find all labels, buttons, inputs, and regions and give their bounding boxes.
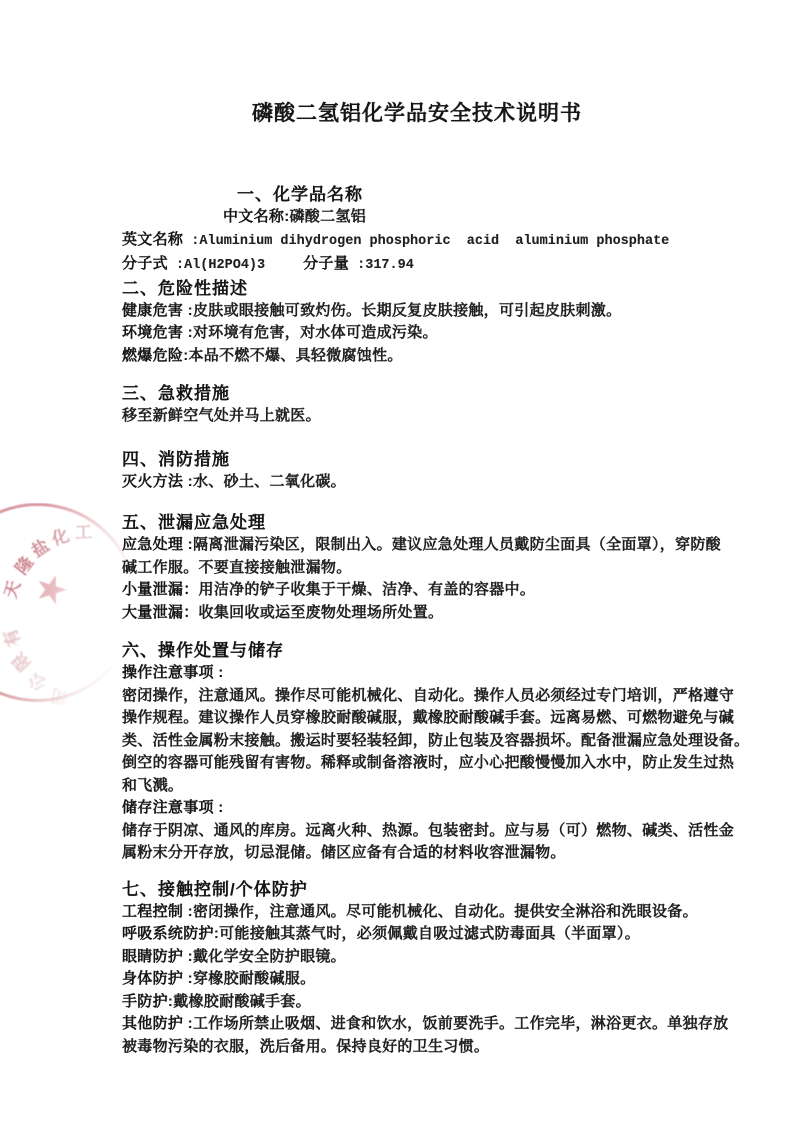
text-line: 操作规程。建议操作人员穿橡胶耐酸碱服，戴橡胶耐酸碱手套。远离易燃、可燃物避免与碱: [122, 707, 712, 730]
text-line: 眼睛防护 :戴化学安全防护眼镜。: [122, 946, 712, 969]
field-value: :Aluminium dihydrogen phosphoric acid al…: [183, 234, 669, 249]
field-label: 环境危害: [122, 324, 183, 341]
text-line: 移至新鲜空气处并马上就医。: [122, 405, 712, 428]
section-handling-storage: 六、操作处置与储存 操作注意事项 : 密闭操作，注意通风。操作尽可能机械化、自动…: [122, 640, 712, 865]
text-line: 倒空的容器可能残留有害物。稀释或制备溶液时，应小心把酸慢慢加入水中，防止发生过热: [122, 752, 712, 775]
section-exposure-control: 七、接触控制/个体防护 工程控制 :密闭操作，注意通风。尽可能机械化、自动化。提…: [122, 879, 712, 1059]
field-label: 身体防护: [122, 970, 183, 987]
text-line: 密闭操作，注意通风。操作尽可能机械化、自动化。操作人员必须经过专门培训，严格遵守: [122, 685, 712, 708]
text-line: 燃爆危险:本品不燃不爆、具轻微腐蚀性。: [122, 345, 712, 368]
seal-arc-char: 司: [50, 686, 70, 706]
section-heading: 一、化学品名称: [122, 184, 712, 206]
field-label: 小量泄漏：: [122, 581, 199, 598]
field-value: 密闭操作，注意通风。操作尽可能机械化、自动化。操作人员必须经过专门培训，严格遵守: [122, 687, 734, 704]
text-line: 环境危害 :对环境有危害，对水体可造成污染。: [122, 322, 712, 345]
section-heading: 五、泄漏应急处理: [122, 512, 712, 534]
section-chemical-name: 一、化学品名称 中文名称:磷酸二氢铝 英文名称 :Aluminium dihyd…: [122, 184, 712, 278]
seal-ring: [0, 503, 137, 702]
field-label: 灭火方法: [122, 473, 183, 490]
seal-arc-char: 限: [9, 649, 33, 673]
text-line: 灭火方法 :水、砂土、二氧化碳。: [122, 471, 712, 494]
text-line: 大量泄漏：收集回收或运至废物处理场所处置。: [122, 602, 712, 625]
field-value: :戴橡胶耐酸碱手套。: [168, 993, 311, 1010]
text-line: 类、活性金属粉末接触。搬运时要轻装轻卸，防止包装及容器损坏。配备泄漏应急处理设备…: [122, 730, 712, 753]
field-value: 碱工作服。不要直接接触泄漏物。: [122, 559, 352, 576]
section-hazard-description: 二、危险性描述 健康危害 :皮肤或眼接触可致灼伤。长期反复皮肤接触，可引起皮肤刺…: [122, 278, 712, 368]
seal-arc-char: 工: [75, 524, 93, 542]
text-line: 其他防护 :工作场所禁止吸烟、进食和饮水，饭前要洗手。工作完毕，淋浴更衣。单独存…: [122, 1013, 712, 1036]
section-heading: 七、接触控制/个体防护: [122, 879, 712, 901]
scanned-document-page: 磷酸二氢铝化学品安全技术说明书 一、化学品名称 中文名称:磷酸二氢铝 英文名称 …: [0, 0, 800, 1127]
seal-arc-char: 公: [26, 670, 49, 693]
field-label: 分子量: [303, 255, 349, 272]
field-value: :水、砂土、二氧化碳。: [183, 473, 346, 490]
field-label: 健康危害: [122, 302, 183, 319]
text-line: 储存于阴凉、通风的库房。远离火种、热源。包装密封。应与易（可）燃物、碱类、活性金: [122, 820, 712, 843]
section-heading: 六、操作处置与储存: [122, 640, 712, 662]
field-value: 操作规程。建议操作人员穿橡胶耐酸碱服，戴橡胶耐酸碱手套。远离易燃、可燃物避免与碱: [122, 709, 734, 726]
text-line: 分子式 :Al(H2PO4)3分子量 :317.94: [122, 253, 712, 278]
text-line: 应急处理 :隔离泄漏污染区，限制出入。建议应急处理人员戴防尘面具（全面罩），穿防…: [122, 534, 712, 557]
seal-arc-char: 盐: [29, 537, 53, 561]
field-label: 呼吸系统防护: [122, 925, 214, 942]
seal-star-icon: ★: [29, 567, 73, 614]
field-label: 应急处理: [122, 536, 183, 553]
text-line: 手防护:戴橡胶耐酸碱手套。: [122, 991, 712, 1014]
field-value: :317.94: [349, 258, 414, 273]
text-line: 操作注意事项 :: [122, 662, 712, 685]
field-label: 大量泄漏：: [122, 604, 199, 621]
text-line: 属粉末分开存放，切忌混储。储区应备有合适的材料收容泄漏物。: [122, 842, 712, 865]
field-value: :可能接触其蒸气时，必须佩戴自吸过滤式防毒面具（半面罩）。: [214, 925, 640, 942]
field-label: 其他防护: [122, 1015, 183, 1032]
field-label: 工程控制: [122, 903, 183, 920]
field-value: 用洁净的铲子收集于干燥、洁净、有盖的容器中。: [199, 581, 536, 598]
field-label: 储存注意事项 :: [122, 799, 224, 816]
field-value: :工作场所禁止吸烟、进食和饮水，饭前要洗手。工作完毕，淋浴更衣。单独存放: [183, 1015, 728, 1032]
text-line: 工程控制 :密闭操作，注意通风。尽可能机械化、自动化。提供安全淋浴和洗眼设备。: [122, 901, 712, 924]
page-title: 磷酸二氢铝化学品安全技术说明书: [122, 101, 712, 127]
field-label: 操作注意事项 :: [122, 664, 224, 681]
text-line: 身体防护 :穿橡胶耐酸碱服。: [122, 968, 712, 991]
field-value: 被毒物污染的衣服，洗后备用。保持良好的卫生习惯。: [122, 1038, 489, 1055]
field-label: 燃爆危险: [122, 347, 183, 364]
seal-arc-char: 天: [2, 579, 23, 600]
text-line: 中文名称:磷酸二氢铝: [122, 206, 712, 229]
field-value: 和飞溅。: [122, 777, 183, 794]
field-value: 倒空的容器可能残留有害物。稀释或制备溶液时，应小心把酸慢慢加入水中，防止发生过热: [122, 754, 734, 771]
field-value: 储存于阴凉、通风的库房。远离火种、热源。包装密封。应与易（可）燃物、碱类、活性金: [122, 822, 734, 839]
field-value: :穿橡胶耐酸碱服。: [183, 970, 315, 987]
field-value: :隔离泄漏污染区，限制出入。建议应急处理人员戴防尘面具（全面罩），穿防酸: [183, 536, 721, 553]
field-value: 属粉末分开存放，切忌混储。储区应备有合适的材料收容泄漏物。: [122, 844, 566, 861]
section-heading: 三、急救措施: [122, 383, 712, 405]
field-value: :Al(H2PO4)3: [168, 258, 265, 273]
field-label: 手防护: [122, 993, 168, 1010]
field-value: 移至新鲜空气处并马上就医。: [122, 407, 321, 424]
field-value: 收集回收或运至废物处理场所处置。: [199, 604, 444, 621]
seal-arc-char: 隆: [13, 554, 37, 578]
field-label: 英文名称: [122, 231, 183, 248]
field-value: :密闭操作，注意通风。尽可能机械化、自动化。提供安全淋浴和洗眼设备。: [183, 903, 698, 920]
field-label: 中文名称: [223, 208, 284, 225]
field-value: :戴化学安全防护眼镜。: [183, 948, 346, 965]
text-line: 储存注意事项 :: [122, 797, 712, 820]
text-line: 和飞溅。: [122, 775, 712, 798]
field-value: :磷酸二氢铝: [284, 208, 366, 225]
text-line: 被毒物污染的衣服，洗后备用。保持良好的卫生习惯。: [122, 1036, 712, 1059]
field-value: :本品不燃不爆、具轻微腐蚀性。: [183, 347, 403, 364]
seal-arc-char: 化: [50, 527, 71, 548]
field-value: 类、活性金属粉末接触。搬运时要轻装轻卸，防止包装及容器损坏。配备泄漏应急处理设备…: [122, 732, 749, 749]
text-line: 碱工作服。不要直接接触泄漏物。: [122, 557, 712, 580]
field-label: 分子式: [122, 255, 168, 272]
section-heading: 四、消防措施: [122, 449, 712, 471]
section-leak-emergency: 五、泄漏应急处理 应急处理 :隔离泄漏污染区，限制出入。建议应急处理人员戴防尘面…: [122, 512, 712, 624]
section-fire-fighting: 四、消防措施 灭火方法 :水、砂土、二氧化碳。: [122, 449, 712, 494]
text-line: 健康危害 :皮肤或眼接触可致灼伤。长期反复皮肤接触，可引起皮肤刺激。: [122, 300, 712, 323]
text-line: 呼吸系统防护:可能接触其蒸气时，必须佩戴自吸过滤式防毒面具（半面罩）。: [122, 923, 712, 946]
text-line: 英文名称 :Aluminium dihydrogen phosphoric ac…: [122, 229, 712, 254]
section-heading: 二、危险性描述: [122, 278, 712, 300]
seal-arc-char: 有: [1, 626, 23, 648]
field-value: :皮肤或眼接触可致灼伤。长期反复皮肤接触，可引起皮肤刺激。: [183, 302, 621, 319]
field-value: :对环境有危害，对水体可造成污染。: [183, 324, 438, 341]
text-line: 小量泄漏：用洁净的铲子收集于干燥、洁净、有盖的容器中。: [122, 579, 712, 602]
field-label: 眼睛防护: [122, 948, 183, 965]
section-first-aid: 三、急救措施 移至新鲜空气处并马上就医。: [122, 383, 712, 428]
